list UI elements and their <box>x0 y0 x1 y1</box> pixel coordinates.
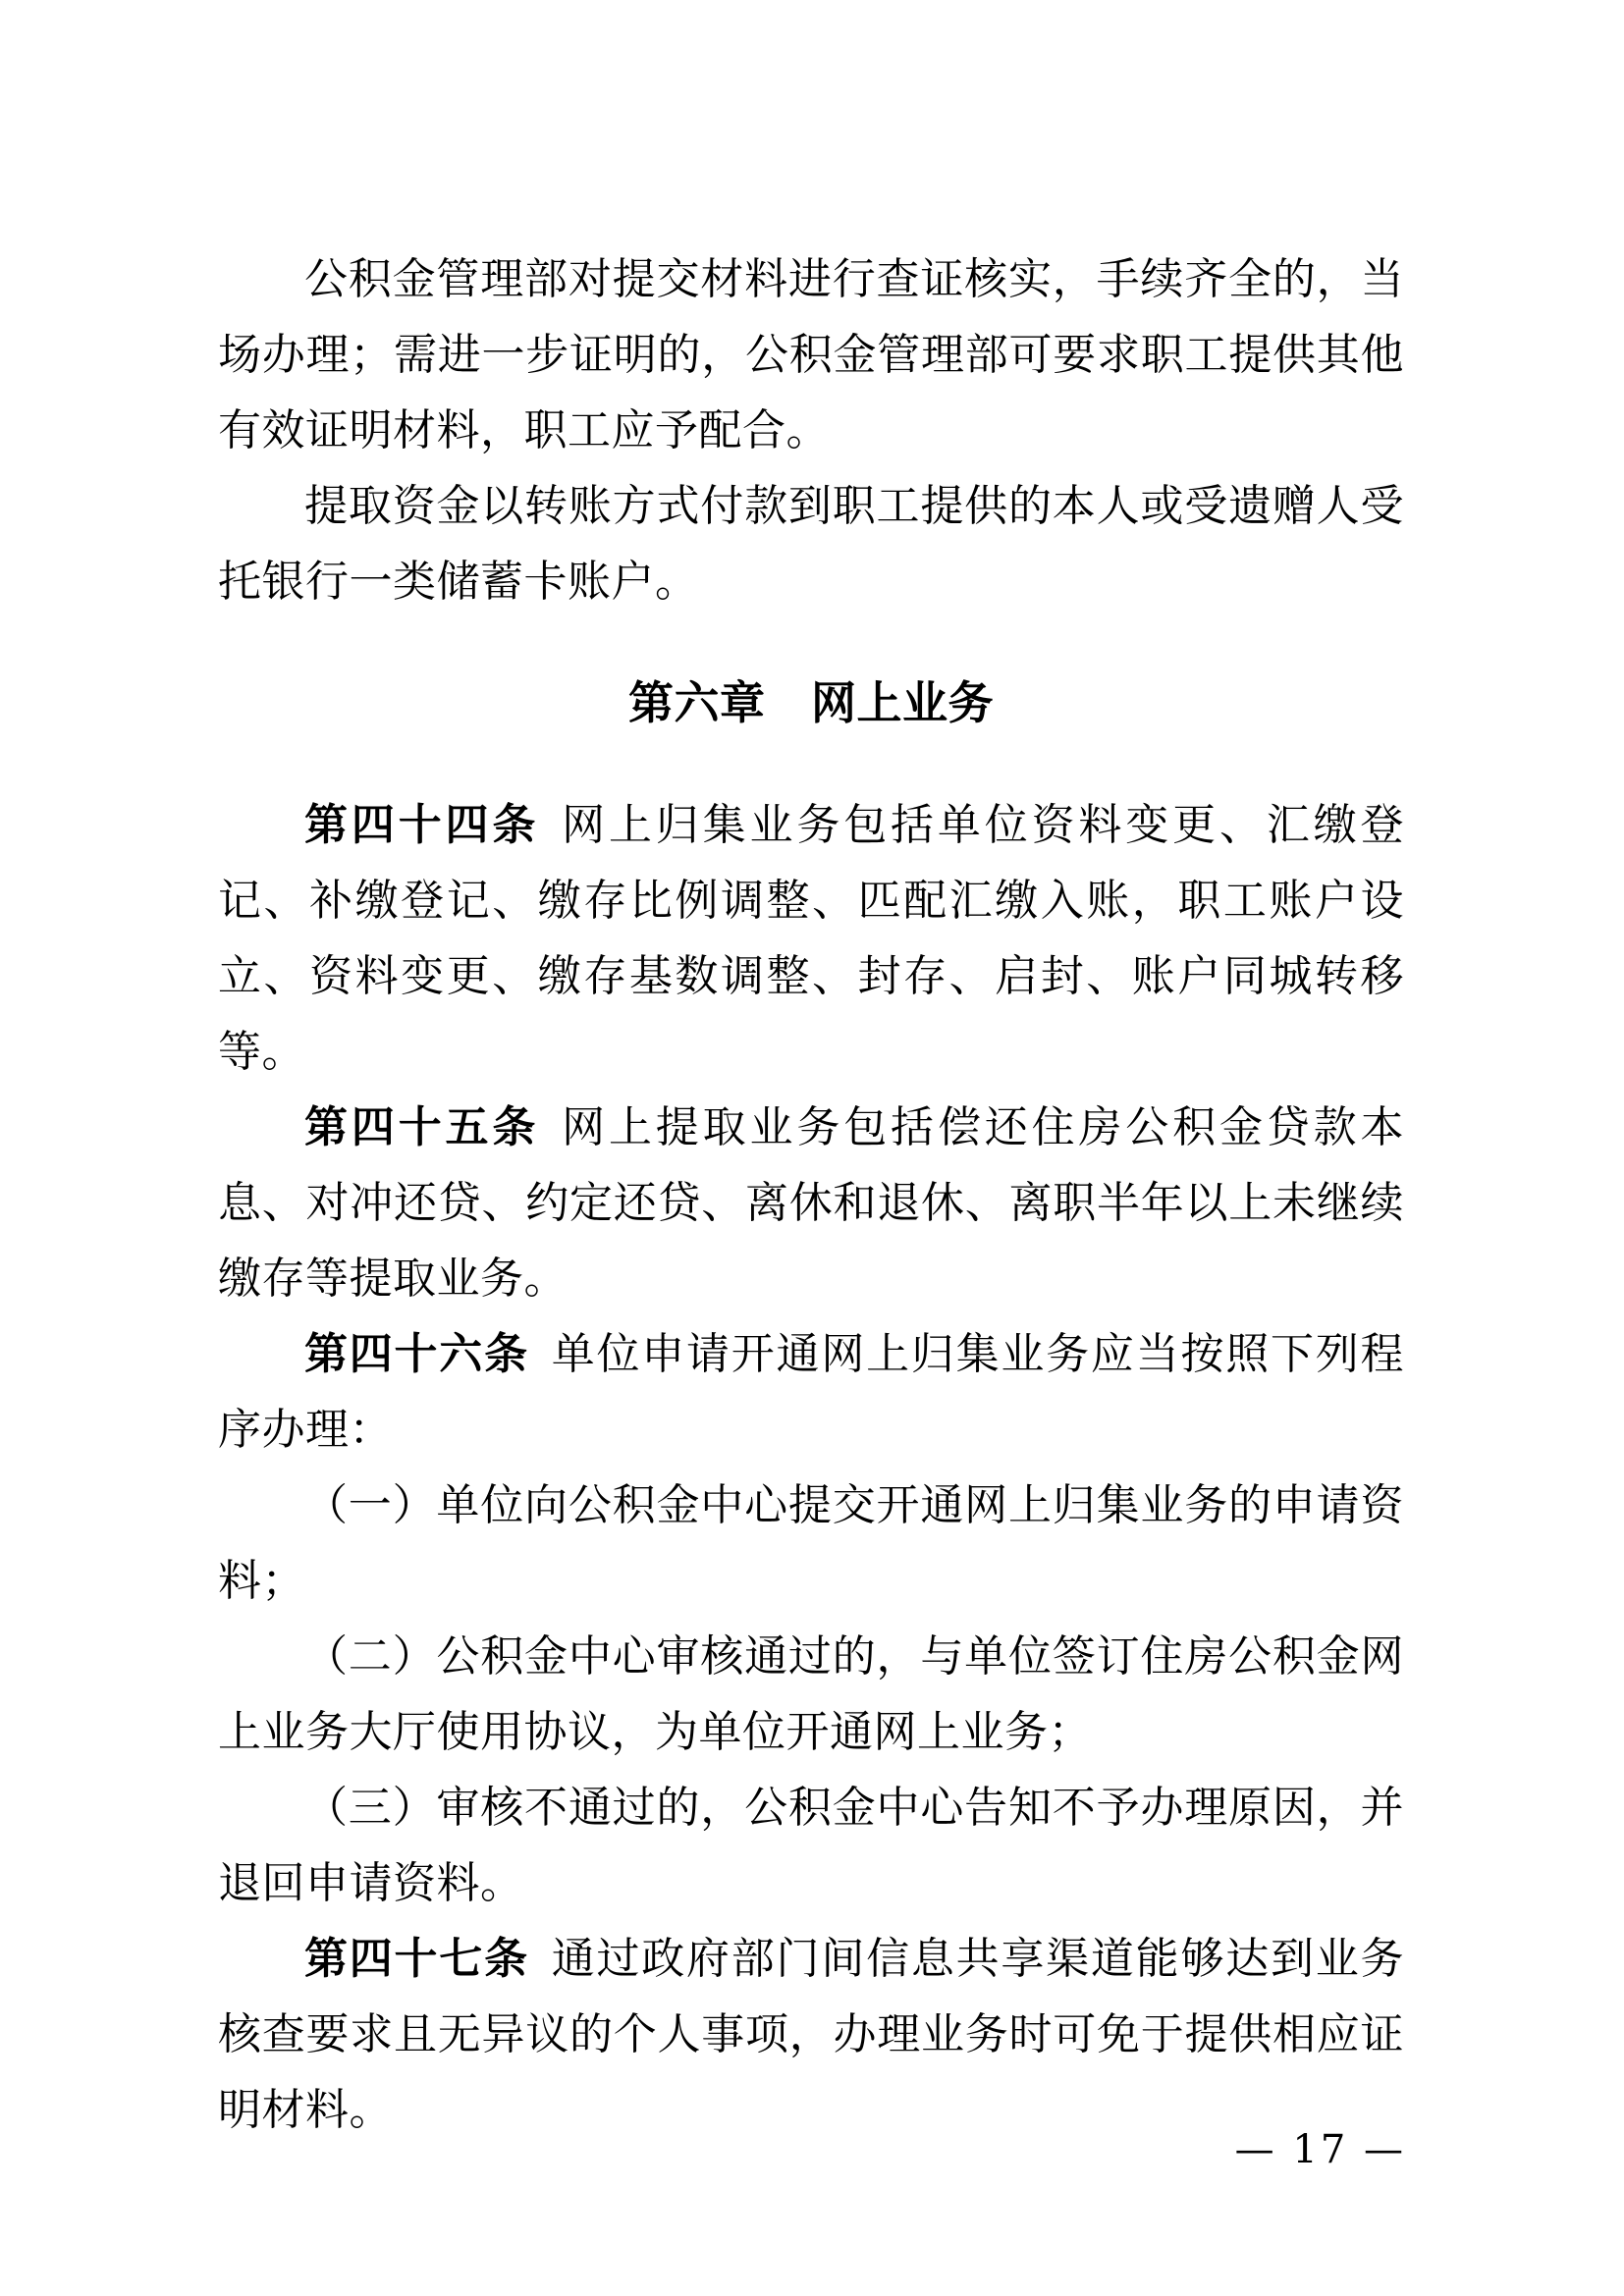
body-paragraph: 公积金管理部对提交材料进行查证核实，手续齐全的，当场办理；需进一步证明的，公积金… <box>218 241 1404 468</box>
numbered-item-paragraph: （三）审核不通过的，公积金中心告知不予办理原因，并退回申请资料。 <box>218 1770 1404 1921</box>
article-paragraph: 第四十六条单位申请开通网上归集业务应当按照下列程序办理： <box>218 1316 1404 1468</box>
article-number: 第四十五条 <box>304 1102 539 1152</box>
article-number: 第四十六条 <box>304 1329 529 1379</box>
text-block: 公积金管理部对提交材料进行查证核实，手续齐全的，当场办理；需进一步证明的，公积金… <box>218 241 1404 2148</box>
body-paragraph: 提取资金以转账方式付款到职工提供的本人或受遗赠人受托银行一类储蓄卡账户。 <box>218 468 1404 619</box>
article-paragraph: 第四十四条网上归集业务包括单位资料变更、汇缴登记、补缴登记、缴存比例调整、匹配汇… <box>218 787 1404 1090</box>
chapter-heading: 第六章 网上业务 <box>218 666 1404 741</box>
numbered-item-paragraph: （一）单位向公积金中心提交开通网上归集业务的申请资料； <box>218 1468 1404 1619</box>
article-paragraph: 第四十七条通过政府部门间信息共享渠道能够达到业务核查要求且无异议的个人事项，办理… <box>218 1921 1404 2148</box>
document-page: 公积金管理部对提交材料进行查证核实，手续齐全的，当场办理；需进一步证明的，公积金… <box>0 0 1624 2296</box>
article-number: 第四十七条 <box>304 1934 529 1984</box>
numbered-item-paragraph: （二）公积金中心审核通过的，与单位签订住房公积金网上业务大厅使用协议，为单位开通… <box>218 1619 1404 1770</box>
page-number: — 17 — <box>1235 2128 1406 2171</box>
article-number: 第四十四条 <box>304 800 539 850</box>
article-paragraph: 第四十五条网上提取业务包括偿还住房公积金贷款本息、对冲还贷、约定还贷、离休和退休… <box>218 1090 1404 1316</box>
